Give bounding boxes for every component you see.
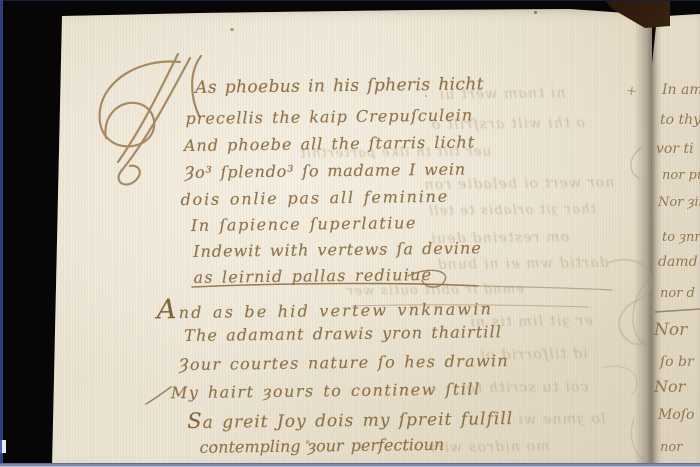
facing-page-line: ſo br — [660, 354, 694, 370]
facing-page-line: to ȝnr — [662, 230, 700, 245]
frame-top-edge — [0, 0, 700, 1]
color-calibration-chip — [0, 440, 6, 453]
facing-page-line: Nor — [654, 320, 687, 340]
facing-page-line: nor d — [660, 286, 695, 301]
facing-page-line: In ami — [662, 82, 700, 98]
ink-stain — [214, 444, 217, 447]
facing-page-line: nor — [660, 440, 682, 455]
facing-page-line: to thy — [660, 112, 700, 128]
facing-page-line: vor ti — [656, 141, 694, 157]
manuscript-photograph: ni tnam wert ui o thi wilt arsfrilt o ue… — [0, 0, 700, 467]
facing-page-line: Nor ȝit — [658, 195, 700, 210]
frame-bottom-strip — [0, 463, 700, 467]
facing-page-line: damd — [658, 254, 698, 270]
facing-page-text: In ami to thy vor ti nor pu Nor ȝit to ȝ… — [0, 0, 700, 467]
collation-plus-mark: + — [625, 83, 638, 99]
ink-stain — [425, 95, 427, 97]
ink-stain — [306, 440, 309, 444]
facing-page-line: Nor — [654, 377, 685, 396]
frame-left-strip — [0, 0, 3, 467]
facing-page-line: Moſo — [658, 407, 694, 423]
facing-page-line: nor pu — [662, 168, 700, 183]
ink-stain — [534, 11, 537, 14]
ink-stain — [230, 28, 234, 31]
